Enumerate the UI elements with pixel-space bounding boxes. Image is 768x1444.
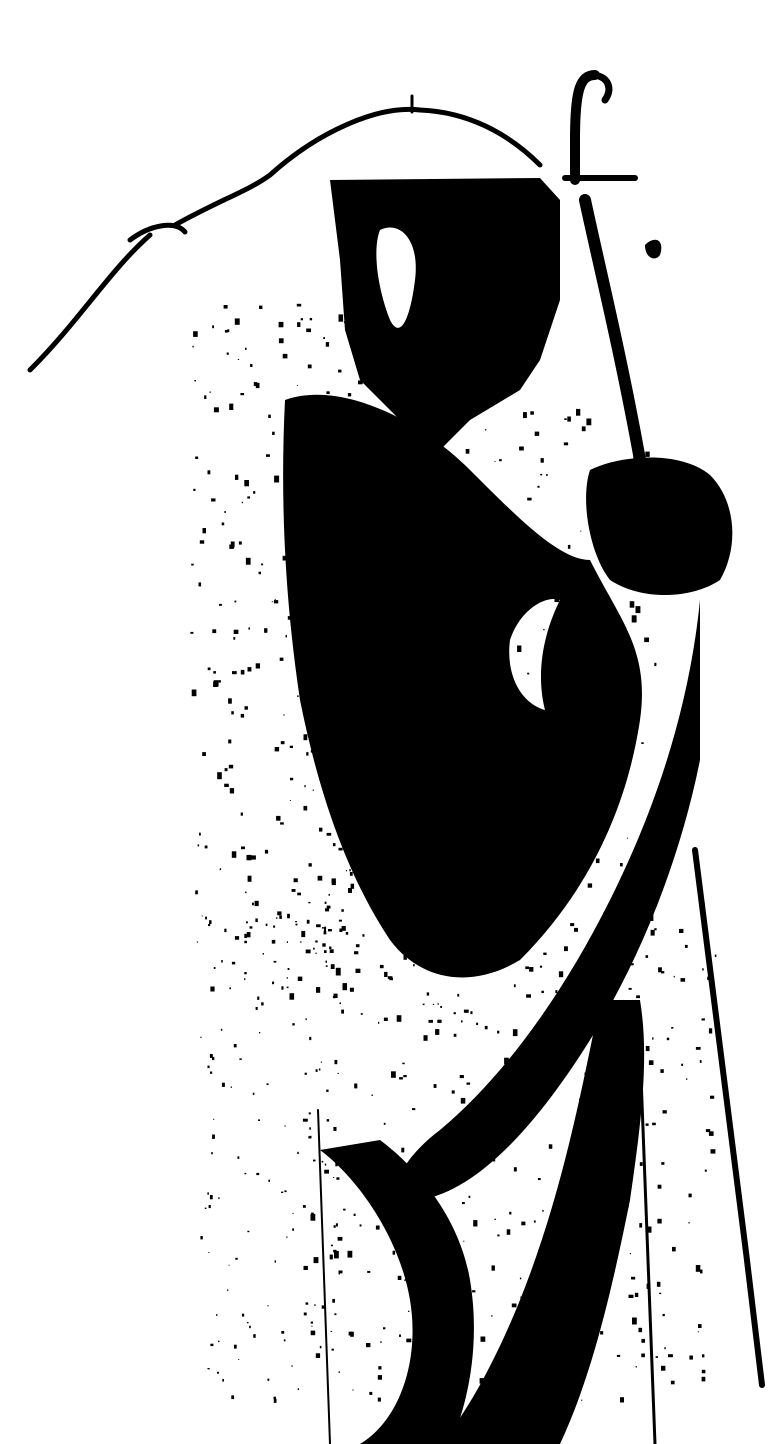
photograph [0, 0, 768, 1444]
staff-top [575, 75, 595, 180]
staff-hook [595, 75, 609, 100]
hands [586, 458, 732, 596]
robe-right-edge [640, 1050, 655, 1444]
robe-left-edge [318, 1110, 330, 1444]
staff-shaft-upper [585, 200, 640, 460]
staff-ornament [645, 240, 661, 259]
staff-shaft-lower [695, 850, 762, 1385]
